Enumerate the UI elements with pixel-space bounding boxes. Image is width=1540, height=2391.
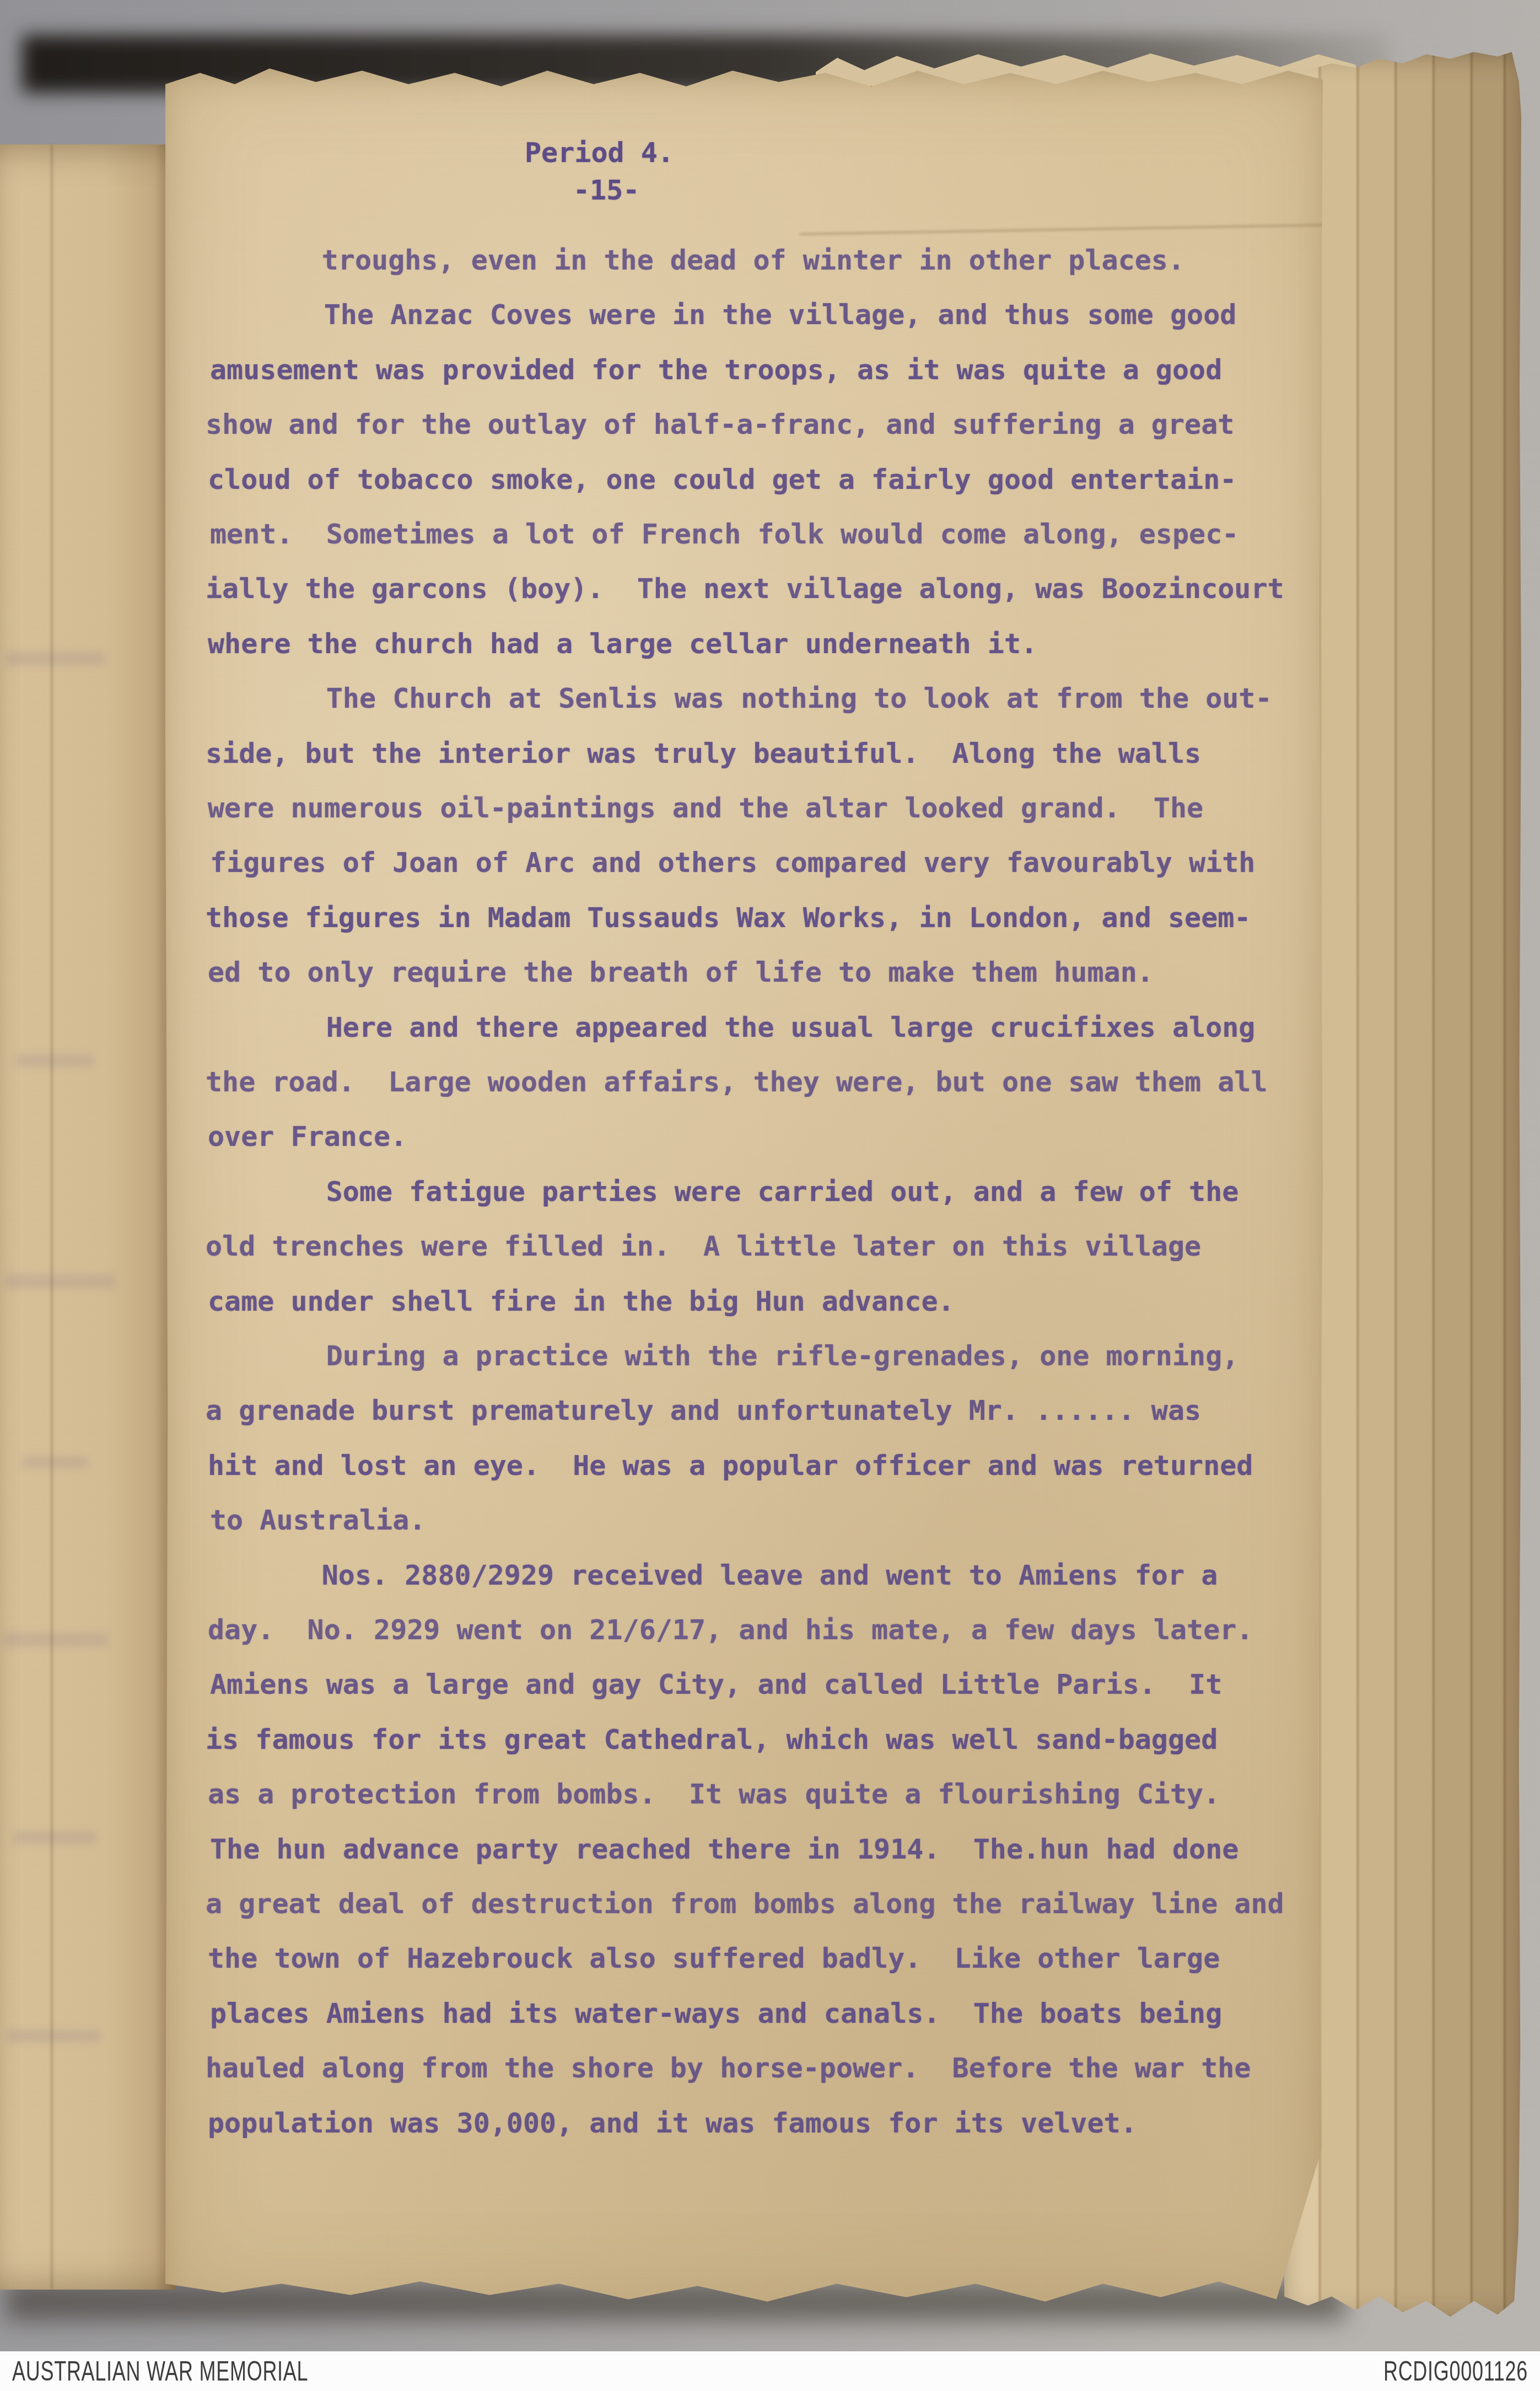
document-page: Period 4. -15- troughs, even in the dead… bbox=[165, 62, 1323, 2306]
bleedthrough-mark bbox=[3, 1633, 108, 1647]
bleedthrough-mark bbox=[22, 1456, 88, 1468]
typed-line: places Amiens had its water-ways and can… bbox=[210, 1999, 1222, 2028]
typed-line: amusement was provided for the troops, a… bbox=[210, 355, 1222, 385]
bleedthrough-mark bbox=[17, 1054, 94, 1067]
bleedthrough-mark bbox=[7, 2029, 100, 2043]
typed-line: as a protection from bombs. It was quite… bbox=[208, 1779, 1220, 1809]
archive-name-label: AUSTRALIAN WAR MEMORIAL bbox=[12, 2355, 308, 2387]
typed-line: to Australia. bbox=[210, 1505, 426, 1535]
typed-line: ed to only require the breath of life to… bbox=[208, 957, 1154, 987]
typed-line: The Anzac Coves were in the village, and… bbox=[208, 300, 1236, 330]
typed-line: the road. Large wooden affairs, they wer… bbox=[206, 1067, 1268, 1097]
typed-line: came under shell fire in the big Hun adv… bbox=[208, 1286, 955, 1316]
typed-line: During a practice with the rifle-grenade… bbox=[210, 1341, 1239, 1371]
typed-line: those figures in Madam Tussauds Wax Work… bbox=[206, 903, 1251, 933]
typed-line: population was 30,000, and it was famous… bbox=[208, 2108, 1137, 2138]
typed-line: hit and lost an eye. He was a popular of… bbox=[208, 1451, 1253, 1480]
page-heading: Period 4. bbox=[525, 138, 674, 168]
reference-id-label: RCDIG0001126 bbox=[1383, 2355, 1528, 2387]
typed-line: hauled along from the shore by horse-pow… bbox=[206, 2053, 1251, 2083]
footer-bar: AUSTRALIAN WAR MEMORIAL RCDIG0001126 bbox=[0, 2351, 1540, 2391]
typed-line: over France. bbox=[208, 1122, 407, 1151]
typed-line: The Church at Senlis was nothing to look… bbox=[210, 683, 1272, 713]
typed-line: The hun advance party reached there in 1… bbox=[210, 1834, 1239, 1864]
typed-line: Here and there appeared the usual large … bbox=[210, 1013, 1255, 1042]
bleedthrough-mark bbox=[4, 1274, 115, 1289]
typed-line: is famous for its great Cathedral, which… bbox=[206, 1725, 1218, 1754]
typed-line: Amiens was a large and gay City, and cal… bbox=[210, 1670, 1222, 1699]
typed-line: ment. Sometimes a lot of French folk wou… bbox=[210, 519, 1239, 549]
typed-line: figures of Joan of Arc and others compar… bbox=[210, 848, 1255, 877]
typed-line: a grenade burst prematurely and unfortun… bbox=[206, 1396, 1201, 1425]
typed-line: the town of Hazebrouck also suffered bad… bbox=[208, 1943, 1220, 1973]
page-number: -15- bbox=[573, 175, 639, 205]
typed-line: show and for the outlay of half-a-franc,… bbox=[206, 410, 1234, 439]
typed-line: ially the garcons (boy). The next villag… bbox=[206, 574, 1284, 604]
scanned-book-page: Period 4. -15- troughs, even in the dead… bbox=[0, 0, 1540, 2391]
typed-line: side, but the interior was truly beautif… bbox=[206, 739, 1201, 768]
previous-page-sliver bbox=[0, 144, 175, 2290]
typed-line: day. No. 2929 went on 21/6/17, and his m… bbox=[208, 1615, 1253, 1645]
typed-line: Nos. 2880/2929 received leave and went t… bbox=[206, 1560, 1218, 1590]
typed-line: old trenches were filled in. A little la… bbox=[206, 1231, 1201, 1261]
typed-line: troughs, even in the dead of winter in o… bbox=[206, 245, 1184, 275]
typed-line: where the church had a large cellar unde… bbox=[208, 629, 1037, 659]
typed-line: Some fatigue parties were carried out, a… bbox=[210, 1177, 1239, 1207]
typed-line: were numerous oil-paintings and the alta… bbox=[208, 793, 1203, 823]
bleedthrough-mark bbox=[6, 651, 105, 666]
typed-line: cloud of tobacco smoke, one could get a … bbox=[208, 465, 1236, 494]
bleedthrough-mark bbox=[14, 1831, 96, 1844]
left-page-crease bbox=[51, 144, 53, 2290]
typed-line: a great deal of destruction from bombs a… bbox=[206, 1889, 1284, 1919]
